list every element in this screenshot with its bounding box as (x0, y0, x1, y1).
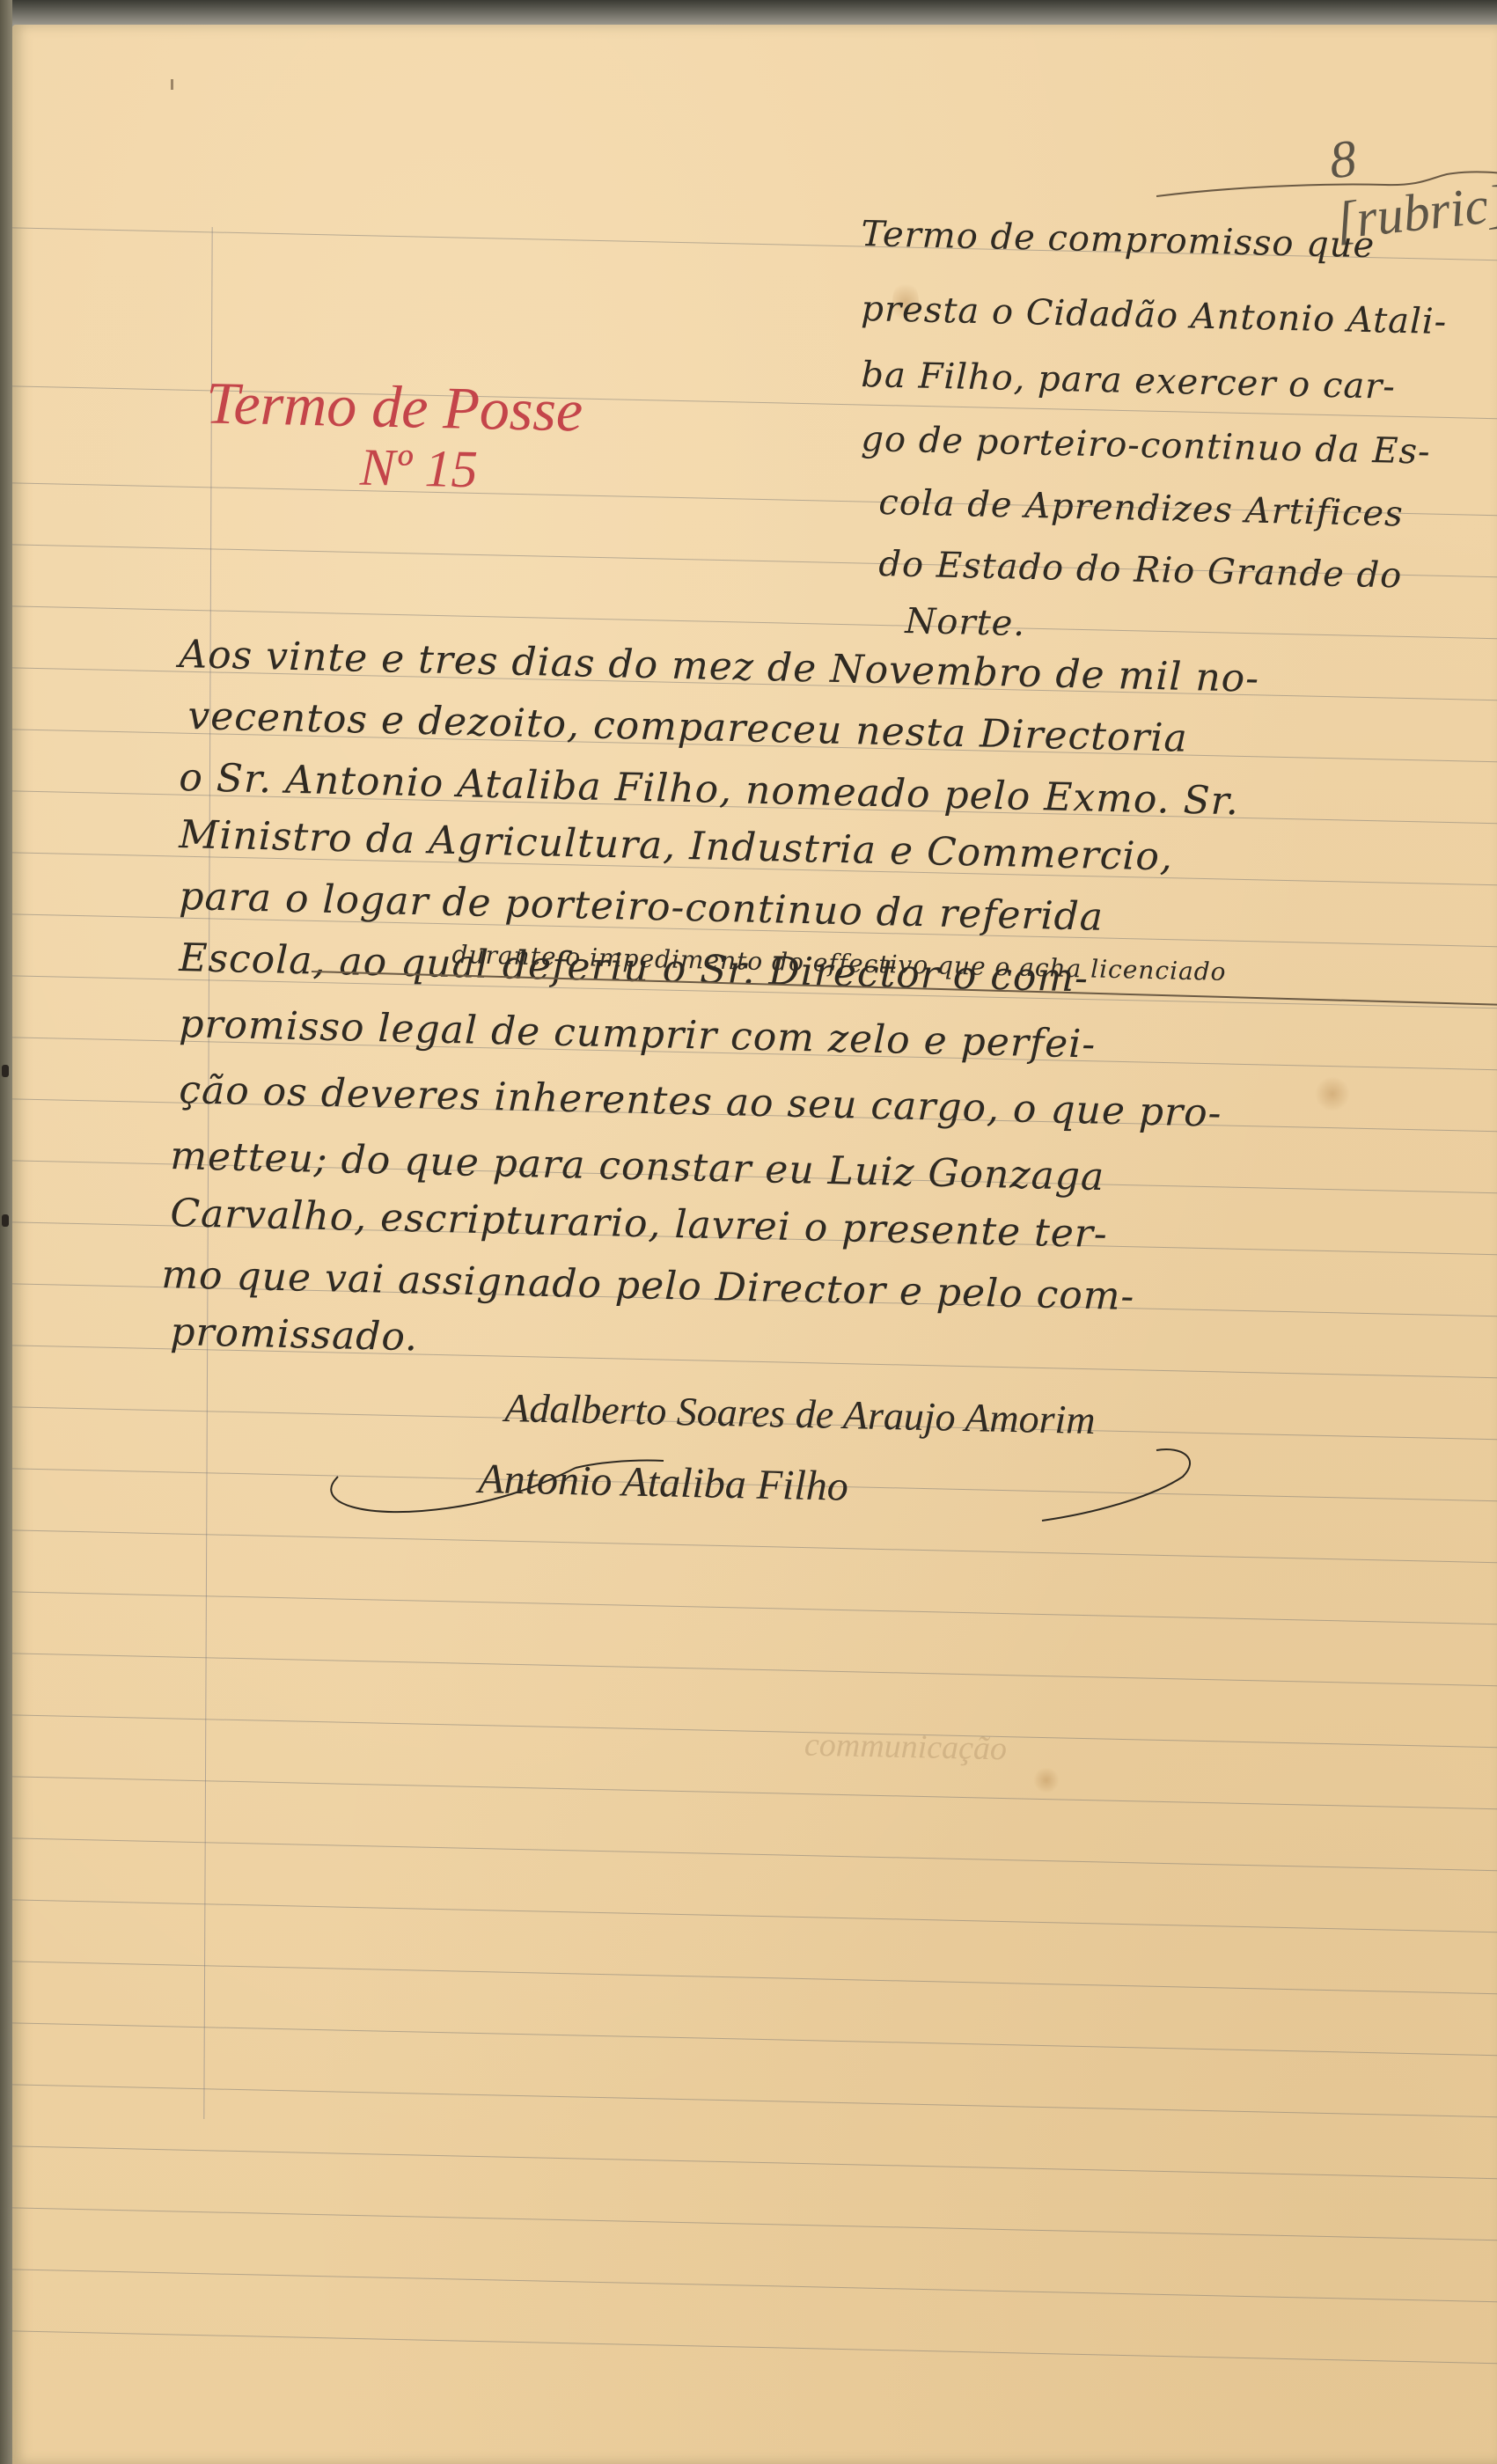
margin-heading-number: Nº 15 (359, 437, 478, 501)
header-line: Norte. (905, 601, 1026, 644)
rule-line (12, 1776, 1497, 1810)
paper-mark (171, 79, 173, 90)
rule-line (12, 1837, 1497, 1872)
rule-line (12, 1714, 1497, 1749)
rule-line (12, 2269, 1497, 2303)
rule-line (12, 2145, 1497, 2180)
rule-line (12, 2330, 1497, 2365)
rule-line (12, 1591, 1497, 1625)
rule-line (12, 2207, 1497, 2241)
margin-heading-title: Termo de Posse (205, 369, 583, 446)
ink-stain (1315, 1076, 1350, 1111)
rule-line (12, 1899, 1497, 1933)
bleed-through-text: communicação (804, 1726, 1008, 1769)
rule-line (12, 1961, 1497, 1995)
binding-hole (2, 1065, 9, 1077)
rubric-flourish-icon (1156, 157, 1497, 209)
binding-hole (2, 1214, 9, 1227)
rule-line (12, 1653, 1497, 1687)
manuscript-page: 8 [rubric] Termo de Posse Nº 15 Termo de… (12, 25, 1497, 2464)
signature-appointee: Antonio Atalibа Filho (478, 1455, 849, 1511)
body-line: promissado. (170, 1309, 419, 1360)
rule-line (12, 2022, 1497, 2057)
rule-line (12, 2084, 1497, 2118)
ink-stain (1033, 1767, 1060, 1793)
scanner-left-edge (0, 0, 12, 2464)
